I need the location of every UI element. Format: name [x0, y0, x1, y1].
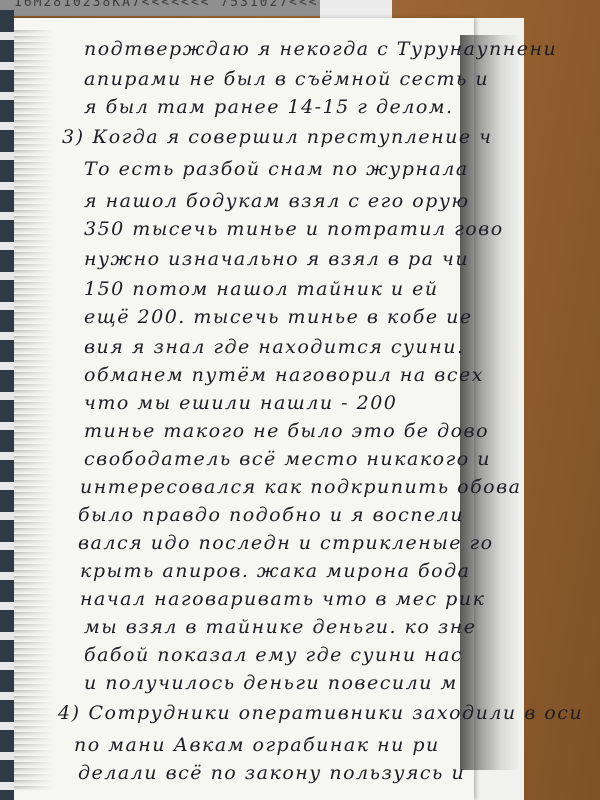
text-line: интересовался как подкрипить обова — [80, 476, 522, 498]
text-line: было правдо подобно и я воспели — [78, 504, 464, 526]
text-line: и получилось деньги повесили м — [84, 672, 458, 694]
text-line: я нашол бодукам взял с его орую — [84, 190, 470, 212]
text-line: я был там ранее 14-15 г делом. — [84, 96, 454, 118]
text-line: подтверждаю я некогда с Турунаупнени — [84, 38, 557, 60]
item-number: 4) — [58, 702, 81, 724]
text-line: 4)Сотрудники оперативники заходили в оси — [58, 702, 583, 724]
handwritten-text-block: подтверждаю я некогда с Турунаупнени апи… — [0, 0, 600, 800]
text-line: крыть апиров. жака мирона бода — [80, 560, 470, 582]
text-line: То есть разбой снам по журнала — [84, 158, 469, 180]
text-line: делали всё по закону пользуясь и — [78, 762, 465, 784]
text-line: что мы ешили нашли - 200 — [84, 392, 397, 414]
text-line: обманем путём наговорил на всех — [84, 364, 484, 386]
text-line: 3)Когда я совершил преступление ч — [62, 126, 492, 148]
text-line: начал наговаривать что в мес рик — [80, 588, 485, 610]
text-line: по мани Авкам ограбинак ни ри — [74, 734, 440, 756]
text-line: бабой показал ему где суини нас — [84, 644, 463, 666]
text-line: апирами не был в съёмной сесть и — [84, 68, 489, 90]
text-line: ещё 200. тысечь тинье в кобе ие — [84, 306, 473, 328]
text-line: нужно изначально я взял в ра чи — [84, 248, 469, 270]
text-line: мы взял в тайнике деньги. ко зне — [84, 616, 476, 638]
text-line: 350 тысечь тинье и потратил гово — [84, 218, 504, 240]
item-number: 3) — [62, 126, 85, 148]
text-line: свободатель всё место никакого и — [84, 448, 491, 470]
text-line: тинье такого не было это бе дово — [84, 420, 489, 442]
text-line: вался идо последн и стрикленые го — [78, 532, 494, 554]
text-line: 150 потом нашол тайник и ей — [84, 278, 439, 300]
text-line: вия я знал где находится суини. — [84, 336, 465, 358]
